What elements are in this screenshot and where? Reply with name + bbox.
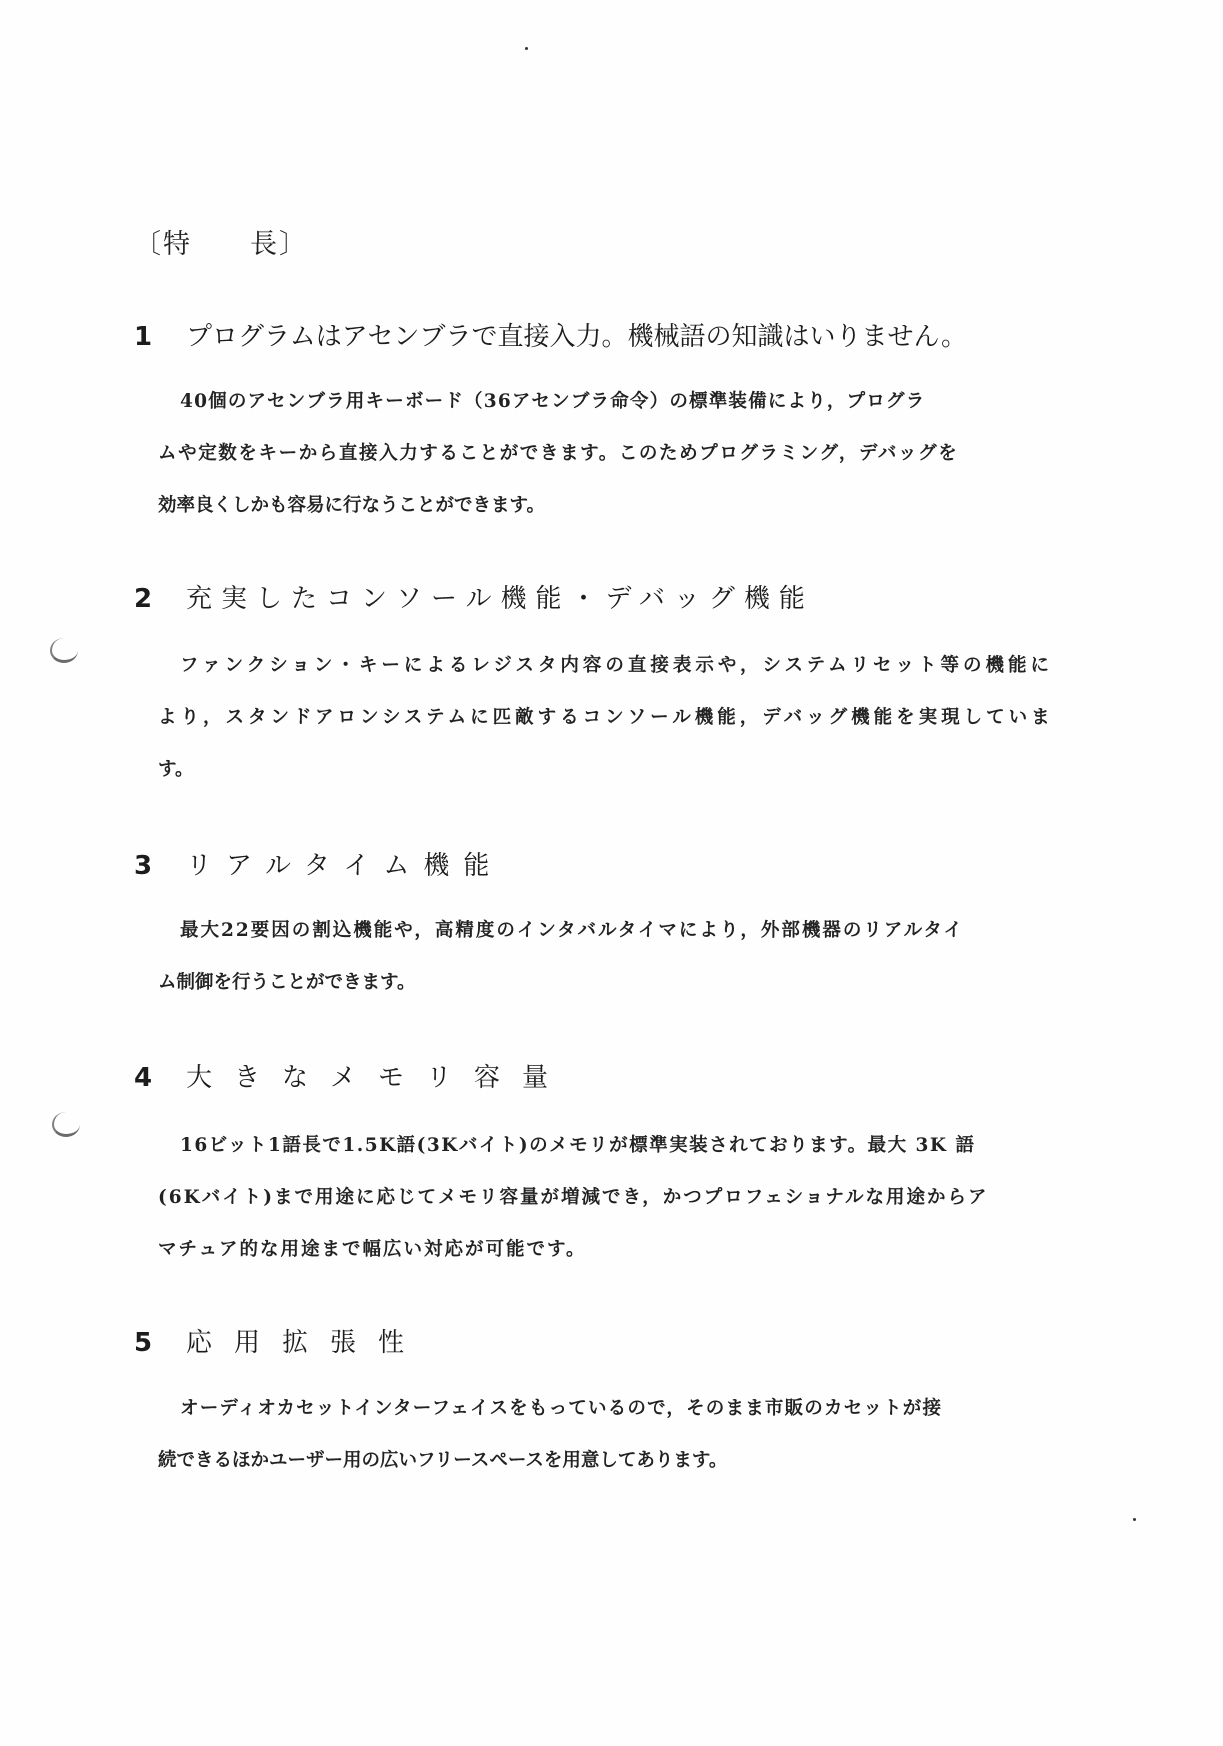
body-line: 続できるほかユーザー用の広いフリースペースを用意してあります。 bbox=[158, 1435, 1063, 1487]
scan-speck bbox=[525, 47, 528, 50]
punch-hole-mark bbox=[50, 638, 78, 663]
section-title-text: 大きなメモリ容量 bbox=[186, 1063, 570, 1093]
section-3-body: 最大22要因の割込機能や，高精度のインタバルタイマにより，外部機器のリアルタイ … bbox=[158, 905, 1063, 1009]
body-line: ム制御を行うことができます。 bbox=[158, 957, 1063, 1009]
section-number: 3 bbox=[134, 851, 186, 881]
section-5-body: オーディオカセットインターフェイスをもっているので，そのまま市販のカセットが接 … bbox=[158, 1383, 1063, 1487]
section-number: 4 bbox=[134, 1063, 186, 1093]
scan-speck bbox=[1133, 1518, 1136, 1521]
section-1-body: 40個のアセンブラ用キーボード（36アセンブラ命令）の標準装備により，プログラ … bbox=[158, 376, 1063, 532]
section-2-body: ファンクション・キーによるレジスタ内容の直接表示や，システムリセット等の機能に … bbox=[158, 640, 1063, 796]
section-title-text: 充実したコンソール機能・デバッグ機能 bbox=[186, 584, 814, 614]
section-title-text: プログラムはアセンブラで直接入力。機械語の知識はいりません。 bbox=[186, 322, 967, 352]
body-line: マチュア的な用途まで幅広い対応が可能です。 bbox=[158, 1224, 1063, 1276]
section-number: 1 bbox=[134, 322, 186, 352]
section-title-text: 応用拡張性 bbox=[186, 1328, 426, 1358]
body-line: (6Kバイト)まで用途に応じてメモリ容量が増減でき，かつプロフェショナルな用途か… bbox=[158, 1172, 1063, 1224]
scanned-page: 〔特 長〕 1プログラムはアセンブラで直接入力。機械語の知識はいりません。 40… bbox=[0, 0, 1223, 1746]
section-5-title: 5応用拡張性 bbox=[134, 1322, 426, 1359]
body-line: より，スタンドアロンシステムに匹敵するコンソール機能，デバッグ機能を実現していま bbox=[158, 692, 1063, 744]
section-number: 2 bbox=[134, 584, 186, 614]
page-heading: 〔特 長〕 bbox=[134, 222, 308, 261]
section-2-title: 2充実したコンソール機能・デバッグ機能 bbox=[134, 578, 814, 615]
body-line: 効率良くしかも容易に行なうことができます。 bbox=[158, 480, 1063, 532]
section-title-text: リアルタイム機能 bbox=[186, 851, 503, 881]
punch-hole-mark bbox=[52, 1112, 80, 1137]
body-line: す。 bbox=[158, 744, 1063, 796]
body-line: 40個のアセンブラ用キーボード（36アセンブラ命令）の標準装備により，プログラ bbox=[158, 376, 1063, 428]
body-line: ファンクション・キーによるレジスタ内容の直接表示や，システムリセット等の機能に bbox=[158, 640, 1063, 692]
body-line: オーディオカセットインターフェイスをもっているので，そのまま市販のカセットが接 bbox=[158, 1383, 1063, 1435]
section-1-title: 1プログラムはアセンブラで直接入力。機械語の知識はいりません。 bbox=[134, 316, 967, 353]
section-4-body: 16ビット1語長で1.5K語(3Kバイト)のメモリが標準実装されております。最大… bbox=[158, 1120, 1063, 1276]
section-4-title: 4大きなメモリ容量 bbox=[134, 1057, 570, 1094]
body-line: 最大22要因の割込機能や，高精度のインタバルタイマにより，外部機器のリアルタイ bbox=[158, 905, 1063, 957]
section-number: 5 bbox=[134, 1328, 186, 1358]
body-line: 16ビット1語長で1.5K語(3Kバイト)のメモリが標準実装されております。最大… bbox=[158, 1120, 1063, 1172]
section-3-title: 3リアルタイム機能 bbox=[134, 845, 503, 882]
body-line: ムや定数をキーから直接入力することができます。このためプログラミング，デバッグを bbox=[158, 428, 1063, 480]
